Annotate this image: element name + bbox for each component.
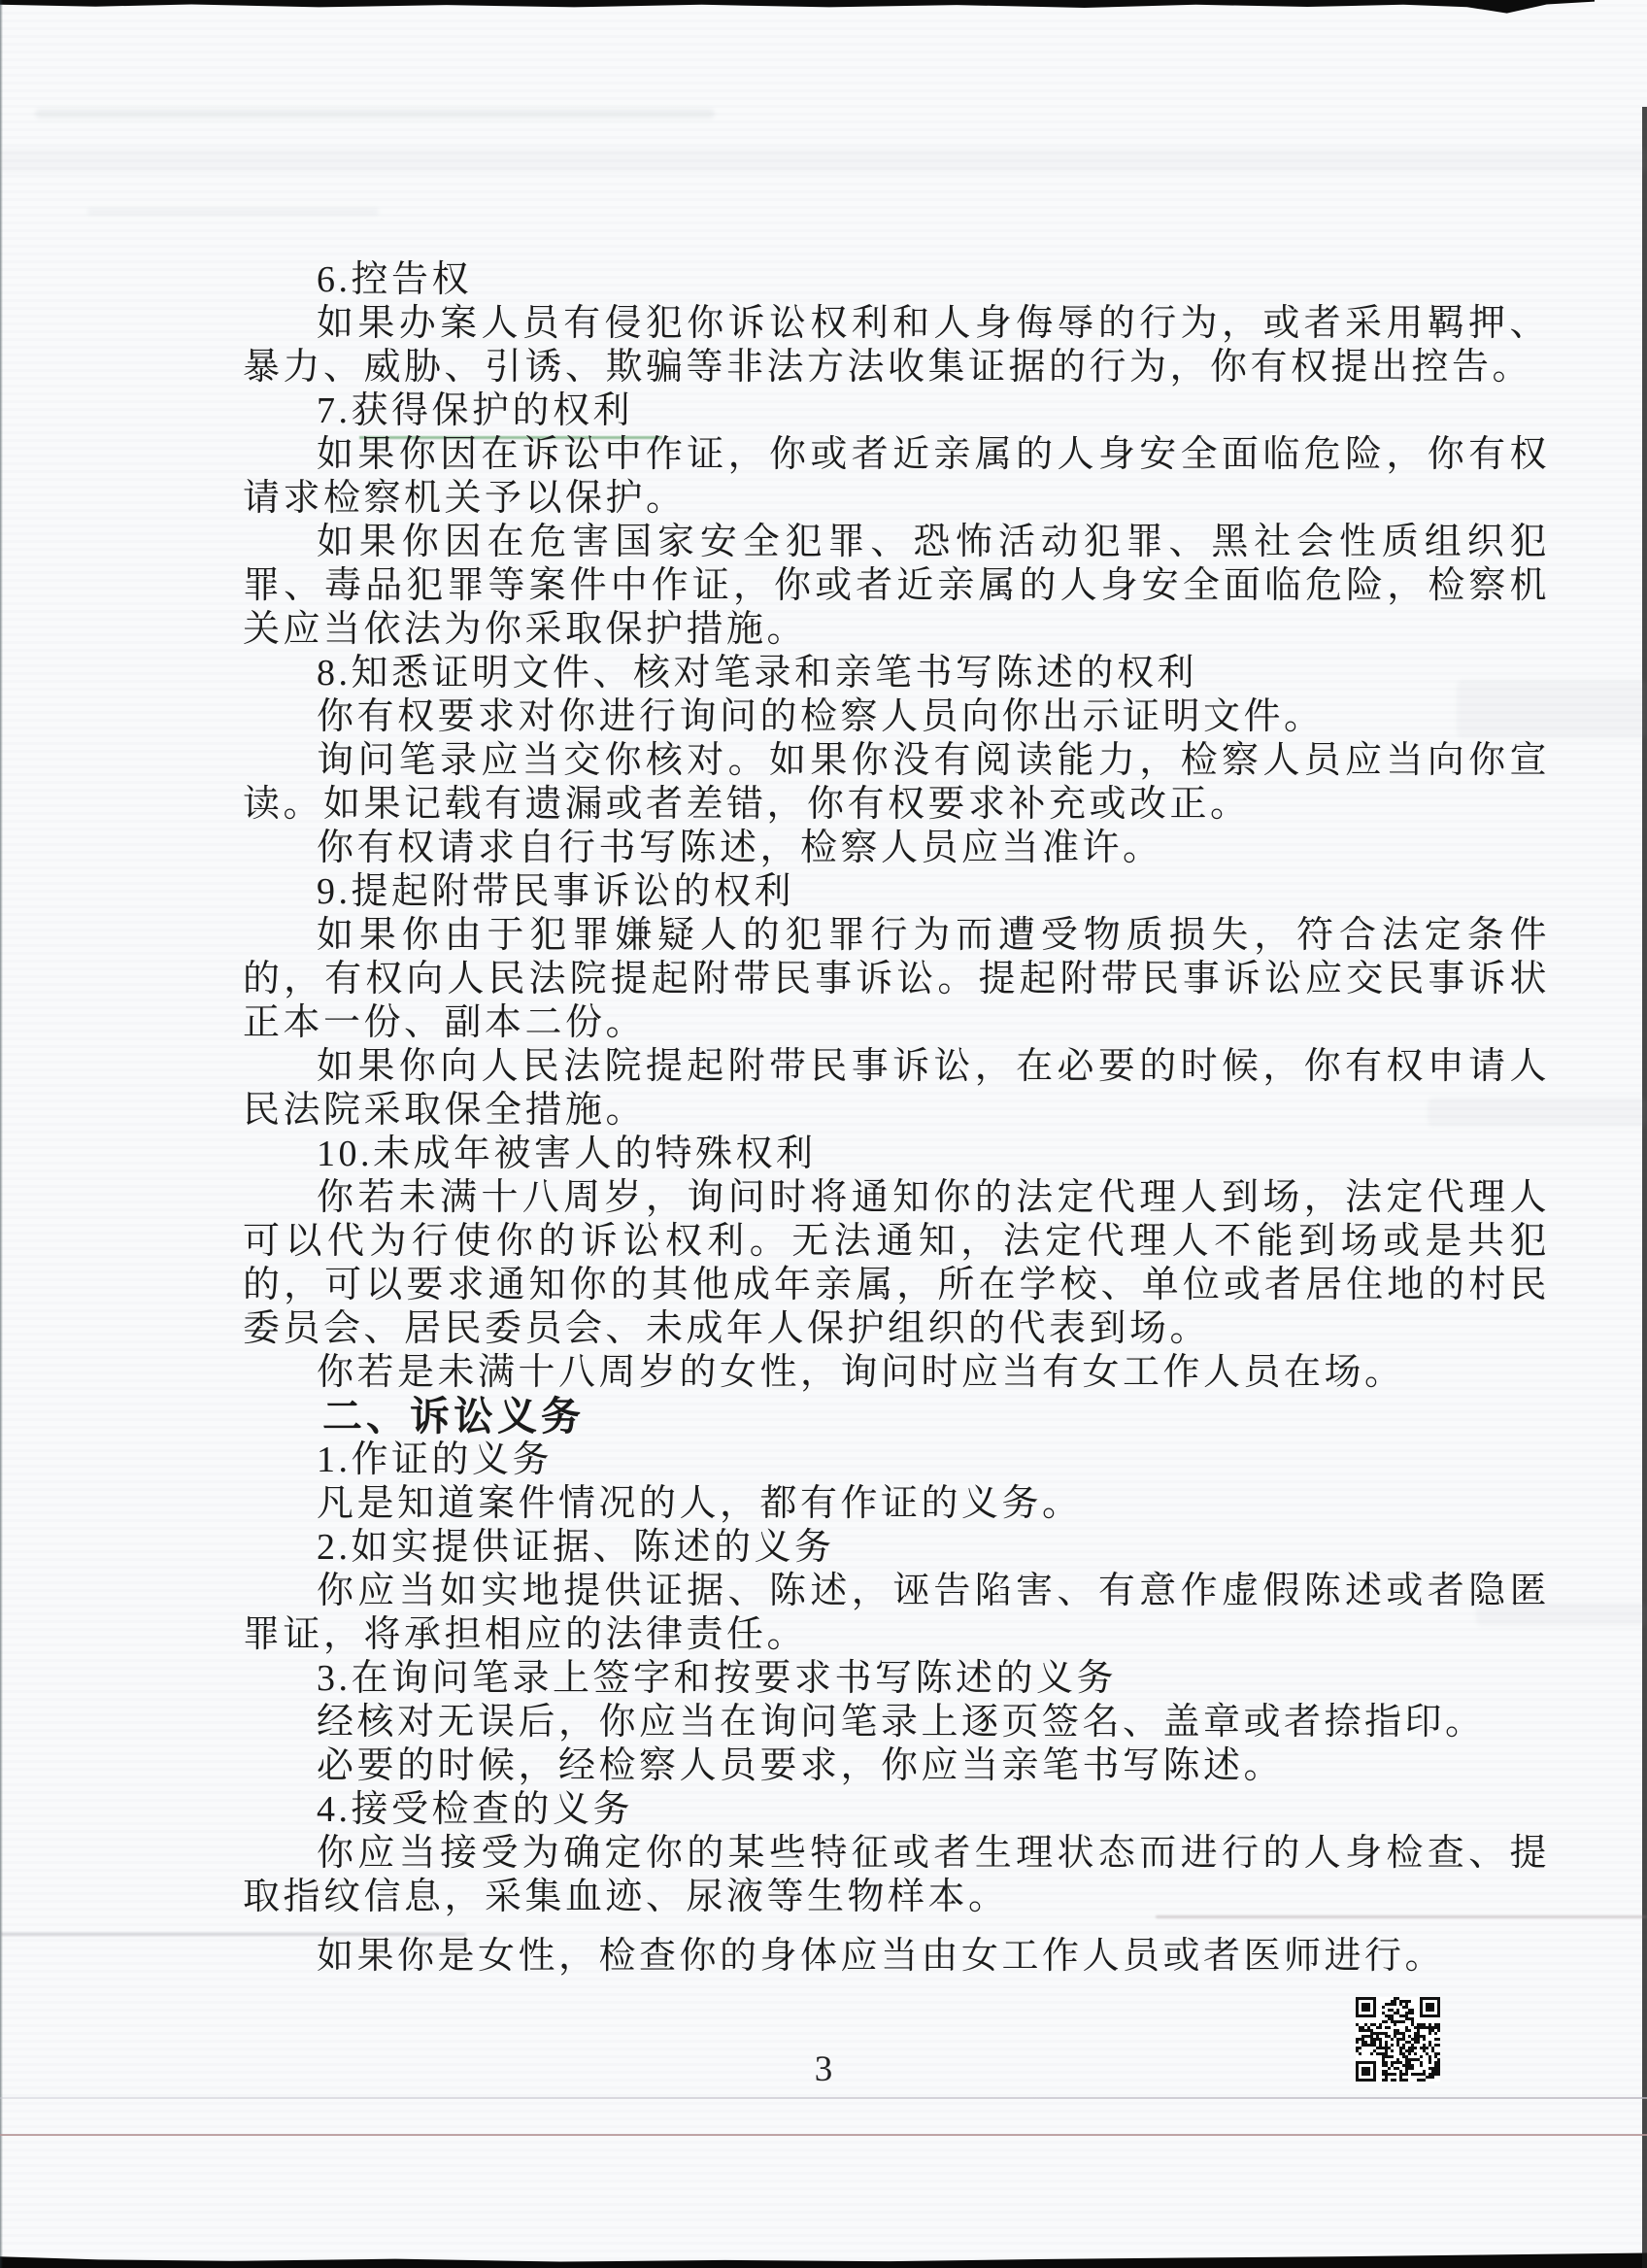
scanned-document-page: 6.控告权如果办案人员有侵犯你诉讼权利和人身侮辱的行为，或者采用羁押、暴力、威胁… — [0, 0, 1647, 2268]
clause-heading: 7.获得保护的权利 — [243, 389, 1550, 433]
paragraph: 经核对无误后，你应当在询问笔录上逐页签名、盖章或者捺指印。 — [243, 1701, 1550, 1744]
qr-code — [1356, 1997, 1440, 2082]
scan-edge-bottom — [0, 2251, 1647, 2268]
paragraph: 如果你因在诉讼中作证，你或者近亲属的人身安全面临危险，你有权请求检察机关予以保护… — [243, 433, 1550, 521]
clause-heading: 6.控告权 — [243, 258, 1550, 302]
clause-heading: 10.未成年被害人的特殊权利 — [243, 1133, 1550, 1176]
scan-edge-top — [0, 0, 1595, 16]
paragraph: 你若是未满十八周岁的女性，询问时应当有女工作人员在场。 — [243, 1351, 1550, 1395]
paragraph: 你有权请求自行书写陈述，检察人员应当准许。 — [243, 827, 1550, 870]
footer-rule-light — [0, 2097, 1647, 2099]
scan-edge-left — [0, 0, 3, 2268]
clause-heading: 1.作证的义务 — [243, 1439, 1550, 1482]
bleed-through-streak — [35, 109, 715, 118]
clause-heading: 4.接受检查的义务 — [243, 1788, 1550, 1832]
bleed-through-streak — [87, 208, 379, 216]
section-heading: 二、诉讼义务 — [243, 1395, 1550, 1439]
paragraph: 如果办案人员有侵犯你诉讼权利和人身侮辱的行为，或者采用羁押、暴力、威胁、引诱、欺… — [243, 302, 1550, 389]
paragraph: 如果你是女性，检查你的身体应当由女工作人员或者医师进行。 — [243, 1935, 1550, 1979]
paragraph: 你若未满十八周岁，询问时将通知你的法定代理人到场，法定代理人可以代为行使你的诉讼… — [243, 1176, 1550, 1351]
clause-heading: 2.如实提供证据、陈述的义务 — [243, 1526, 1550, 1570]
paragraph: 如果你向人民法院提起附带民事诉讼，在必要的时候，你有权申请人民法院采取保全措施。 — [243, 1045, 1550, 1133]
bleed-through-streak — [0, 148, 1647, 173]
paragraph: 凡是知道案件情况的人，都有作证的义务。 — [243, 1482, 1550, 1526]
clause-heading: 9.提起附带民事诉讼的权利 — [243, 870, 1550, 914]
paragraph: 如果你因在危害国家安全犯罪、恐怖活动犯罪、黑社会性质组织犯罪、毒品犯罪等案件中作… — [243, 521, 1550, 652]
paragraph: 你有权要求对你进行询问的检察人员向你出示证明文件。 — [243, 695, 1550, 739]
paragraph: 如果你由于犯罪嫌疑人的犯罪行为而遭受物质损失，符合法定条件的，有权向人民法院提起… — [243, 914, 1550, 1045]
footer-rule-accent — [0, 2134, 1647, 2136]
paragraph: 必要的时候，经检察人员要求，你应当亲笔书写陈述。 — [243, 1744, 1550, 1788]
scan-edge-right — [1642, 107, 1647, 2268]
paragraph: 你应当接受为确定你的某些特征或者生理状态而进行的人身检查、提取指纹信息，采集血迹… — [243, 1832, 1550, 1919]
clause-heading: 8.知悉证明文件、核对笔录和亲笔书写陈述的权利 — [243, 652, 1550, 695]
paragraph: 你应当如实地提供证据、陈述，诬告陷害、有意作虚假陈述或者隐匿罪证，将承担相应的法… — [243, 1570, 1550, 1657]
document-body: 6.控告权如果办案人员有侵犯你诉讼权利和人身侮辱的行为，或者采用羁押、暴力、威胁… — [243, 258, 1550, 1979]
clause-heading: 3.在询问笔录上签字和按要求书写陈述的义务 — [243, 1657, 1550, 1701]
paragraph: 询问笔录应当交你核对。如果你没有阅读能力，检察人员应当向你宣读。如果记载有遗漏或… — [243, 739, 1550, 827]
